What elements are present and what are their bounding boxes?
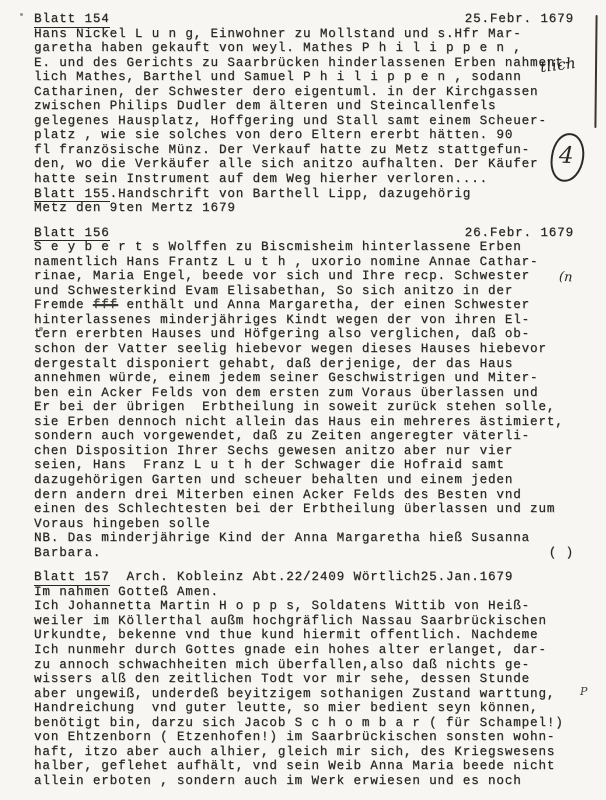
entry-date: 26.Febr. 1679	[465, 226, 574, 241]
text-line: schon der Vatter seelig hiebevor wegen d…	[34, 342, 574, 357]
text-line: hatte sein Instrument auf dem Weg hierhe…	[34, 172, 574, 187]
text-line: fl französische Münz. Der Verkauf hatte …	[34, 143, 574, 158]
text-line: platz , wie sie solches von dero Eltern …	[34, 128, 574, 143]
text-line: hinterlassenes minderjähriges Kindt wege…	[34, 313, 574, 328]
struck-text: fff	[93, 298, 118, 312]
text-line: den, wo die Verkäufer alle sich anitzo a…	[34, 157, 574, 172]
text-line: Blatt 155.Handschrift von Barthell Lipp,…	[34, 187, 574, 202]
handwritten-insertion: (n	[558, 270, 572, 286]
scan-speck	[37, 403, 40, 406]
text-line: Barbara.( )	[34, 546, 574, 561]
text-line: NB. Das minderjährige Kind der Anna Marg…	[34, 531, 574, 546]
entry-date: ( )	[549, 546, 574, 561]
text-line: Catharinen, der Schwester dero eigentuml…	[34, 85, 574, 100]
text-line: weiler im Köllerthal außm hochgräflich N…	[34, 614, 574, 629]
text-segment: einen des Schlechtesten bei der Erbtheil…	[34, 502, 555, 516]
text-segment: Im nahmen Gotteß Amen.	[34, 585, 219, 599]
blatt-154-entry: Blatt 15425.Febr. 1679Hans Nickel L u n …	[34, 12, 606, 216]
text-line: zwischen Philips Dudler dem älteren und …	[34, 99, 574, 114]
text-line: haft, itzo aber auch alhier, gleich mir …	[34, 745, 574, 760]
text-segment: namentlich Hans Frantz L u t h , uxorio …	[34, 255, 538, 269]
text-segment: gelegenes Hausplatz, Hoffgering und Stal…	[34, 114, 547, 128]
text-line: benötigt bin, darzu sich Jacob S c h o m…	[34, 716, 574, 731]
text-line: garetha haben gekauft von weyl. Mathes P…	[34, 41, 574, 56]
text-segment: seien, Hans Franz L u t h der Schwager d…	[34, 458, 505, 472]
text-line: Ich nunmehr durch Gottes gnade ein hohes…	[34, 643, 574, 658]
text-segment: sondern auch vorgewendet, daß zu Zeiten …	[34, 429, 530, 443]
blatt-heading: Blatt 157	[34, 570, 110, 586]
text-segment: chen Disposition Ihrer Sechs gewesen ani…	[34, 444, 513, 458]
text-segment: enthält und Anna Margaretha, der einen S…	[118, 298, 530, 312]
blatt-heading: Blatt 154	[34, 12, 110, 28]
blatt-156-entry: Blatt 15626.Febr. 1679S e y b e r t s Wo…	[34, 226, 606, 561]
text-line: Blatt 15425.Febr. 1679	[34, 12, 574, 27]
handwritten-margin-mark: P	[580, 685, 587, 698]
text-line: sie Erben dennoch nicht allein das Haus …	[34, 415, 574, 430]
text-line: von Ehtzenborn ( Etzenhofen!) im Saarbrü…	[34, 730, 574, 745]
text-segment: lich Mathes, Barthel und Samuel P h i l …	[34, 70, 522, 84]
text-line: annehmen würde, einem jedem seiner Gesch…	[34, 371, 574, 386]
text-segment: NB. Das minderjährige Kind der Anna Marg…	[34, 531, 530, 545]
text-line: Im nahmen Gotteß Amen.	[34, 585, 574, 600]
text-segment: hatte sein Instrument auf dem Weg hierhe…	[34, 172, 488, 186]
text-segment: allein erboten , sondern auch im Werk er…	[34, 774, 522, 788]
text-segment: und Schwesterkind Evam Elisabethan, So s…	[34, 284, 513, 298]
text-line: gelegenes Hausplatz, Hoffgering und Stal…	[34, 114, 574, 129]
entry-date: 25.Febr. 1679	[465, 12, 574, 27]
text-segment: Ich Johannetta Martin H o p p s, Soldate…	[34, 599, 530, 613]
blatt-heading: Blatt 155	[34, 187, 110, 203]
text-line: S e y b e r t s Wolffen zu Biscmisheim h…	[34, 240, 574, 255]
text-segment: hinterlassenes minderjähriges Kindt wege…	[34, 313, 530, 327]
text-segment: dergestalt disponiert gehabt, daß derjen…	[34, 357, 513, 371]
text-line: Metz den 9ten Mertz 1679	[34, 201, 574, 216]
text-line: Ich Johannetta Martin H o p p s, Soldate…	[34, 599, 574, 614]
scan-speck	[39, 327, 43, 331]
text-line: und Schwesterkind Evam Elisabethan, So s…	[34, 284, 574, 299]
text-segment: den, wo die Verkäufer alle sich anitzo a…	[34, 157, 538, 171]
text-segment: Voraus hingeben solle	[34, 517, 211, 531]
text-line: Hans Nickel L u n g, Einwohner zu Mollst…	[34, 27, 574, 42]
text-segment: benötigt bin, darzu sich Jacob S c h o m…	[34, 716, 564, 730]
text-segment: .Handschrift von Barthell Lipp, dazugehö…	[110, 187, 472, 201]
text-line: tern ererbten Hauses und Höfgering also …	[34, 327, 574, 342]
text-segment: platz , wie sie solches von dero Eltern …	[34, 128, 513, 142]
text-line: Urkundte, bekenne vnd thue kund hiermit …	[34, 628, 574, 643]
text-segment: Metz den 9ten Mertz 1679	[34, 201, 236, 215]
text-segment: Fremde	[34, 298, 93, 312]
scan-speck	[36, 364, 39, 367]
text-line: dern andern drei Miterben einen Acker Fe…	[34, 488, 574, 503]
text-line: Er bei der übrigen Erbtheilung in soweit…	[34, 400, 574, 415]
text-segment: Hans Nickel L u n g, Einwohner zu Mollst…	[34, 27, 522, 41]
text-line: Blatt 15626.Febr. 1679	[34, 226, 574, 241]
text-segment: Urkundte, bekenne vnd thue kund hiermit …	[34, 628, 538, 642]
text-segment: rinae, Maria Engel, beede vor sich und I…	[34, 269, 530, 283]
text-line: wissers alß den zeitlichen Todt vor mir …	[34, 672, 574, 687]
text-line: zu annoch schwachheiten mich überfallen,…	[34, 658, 574, 673]
text-segment: aber ungewiß, underdeß beyitzigem sothan…	[34, 687, 555, 701]
text-segment: sie Erben dennoch nicht allein das Haus …	[34, 415, 564, 429]
text-segment: zu annoch schwachheiten mich überfallen,…	[34, 658, 530, 672]
text-segment: haft, itzo aber auch alhier, gleich mir …	[34, 745, 555, 759]
text-line: Blatt 157 Arch. Kobleinz Abt.22/2409 Wör…	[34, 570, 574, 585]
text-segment: garetha haben gekauft von weyl. Mathes P…	[34, 41, 522, 55]
text-line: dergestalt disponiert gehabt, daß derjen…	[34, 357, 574, 372]
text-segment: Ich nunmehr durch Gottes gnade ein hohes…	[34, 643, 547, 657]
text-segment: Catharinen, der Schwester dero eigentuml…	[34, 85, 538, 99]
text-line: dazugehörigen Garten und scheuer behalte…	[34, 473, 574, 488]
text-segment: fl französische Münz. Der Verkauf hatte …	[34, 143, 530, 157]
blatt-heading: Blatt 156	[34, 226, 110, 242]
text-segment: dazugehörigen Garten und scheuer behalte…	[34, 473, 513, 487]
text-segment: dern andern drei Miterben einen Acker Fe…	[34, 488, 522, 502]
text-segment: schon der Vatter seelig hiebevor wegen d…	[34, 342, 547, 356]
text-line: ben ein Acker Felds von dem ersten zum V…	[34, 386, 574, 401]
text-line: chen Disposition Ihrer Sechs gewesen ani…	[34, 444, 574, 459]
text-segment: von Ehtzenborn ( Etzenhofen!) im Saarbrü…	[34, 730, 555, 744]
text-line: Voraus hingeben solle	[34, 517, 574, 532]
text-line: allein erboten , sondern auch im Werk er…	[34, 774, 574, 789]
text-segment: Arch. Kobleinz Abt.22/2409 Wörtlich25.Ja…	[110, 570, 514, 584]
text-line: seien, Hans Franz L u t h der Schwager d…	[34, 458, 574, 473]
text-line: einen des Schlechtesten bei der Erbtheil…	[34, 502, 574, 517]
text-segment: ben ein Acker Felds von dem ersten zum V…	[34, 386, 538, 400]
text-segment: Handreichung vnd guter leutte, so mier b…	[34, 701, 538, 715]
text-segment: tern ererbten Hauses und Höfgering also …	[34, 327, 530, 341]
text-line: namentlich Hans Frantz L u t h , uxorio …	[34, 255, 574, 270]
text-line: rinae, Maria Engel, beede vor sich und I…	[34, 269, 574, 284]
text-segment: S e y b e r t s Wolffen zu Biscmisheim h…	[34, 240, 522, 254]
text-line: sondern auch vorgewendet, daß zu Zeiten …	[34, 429, 574, 444]
text-line: Handreichung vnd guter leutte, so mier b…	[34, 701, 574, 716]
text-segment: annehmen würde, einem jedem seiner Gesch…	[34, 371, 538, 385]
text-segment: E. und des Gerichts zu Saarbrücken hinde…	[34, 56, 572, 70]
text-segment: weiler im Köllerthal außm hochgräflich N…	[34, 614, 547, 628]
blatt-157-entry: Blatt 157 Arch. Kobleinz Abt.22/2409 Wör…	[34, 570, 606, 788]
text-segment: Er bei der übrigen Erbtheilung in soweit…	[34, 400, 555, 414]
text-line: E. und des Gerichts zu Saarbrücken hinde…	[34, 56, 574, 71]
text-segment: wissers alß den zeitlichen Todt vor mir …	[34, 672, 530, 686]
scan-speck	[20, 13, 23, 16]
document-page: Blatt 15425.Febr. 1679Hans Nickel L u n …	[0, 0, 606, 800]
text-line: lich Mathes, Barthel und Samuel P h i l …	[34, 70, 574, 85]
text-segment: zwischen Philips Dudler dem älteren und …	[34, 99, 496, 113]
text-line: aber ungewiß, underdeß beyitzigem sothan…	[34, 687, 574, 702]
text-segment: Barbara.	[34, 546, 101, 560]
text-line: halber, geflehet aufhält, vnd sein Weib …	[34, 759, 574, 774]
handwritten-page-number: 4	[559, 142, 575, 168]
text-line: Fremde fff enthält und Anna Margaretha, …	[34, 298, 574, 313]
text-segment: halber, geflehet aufhält, vnd sein Weib …	[34, 759, 555, 773]
